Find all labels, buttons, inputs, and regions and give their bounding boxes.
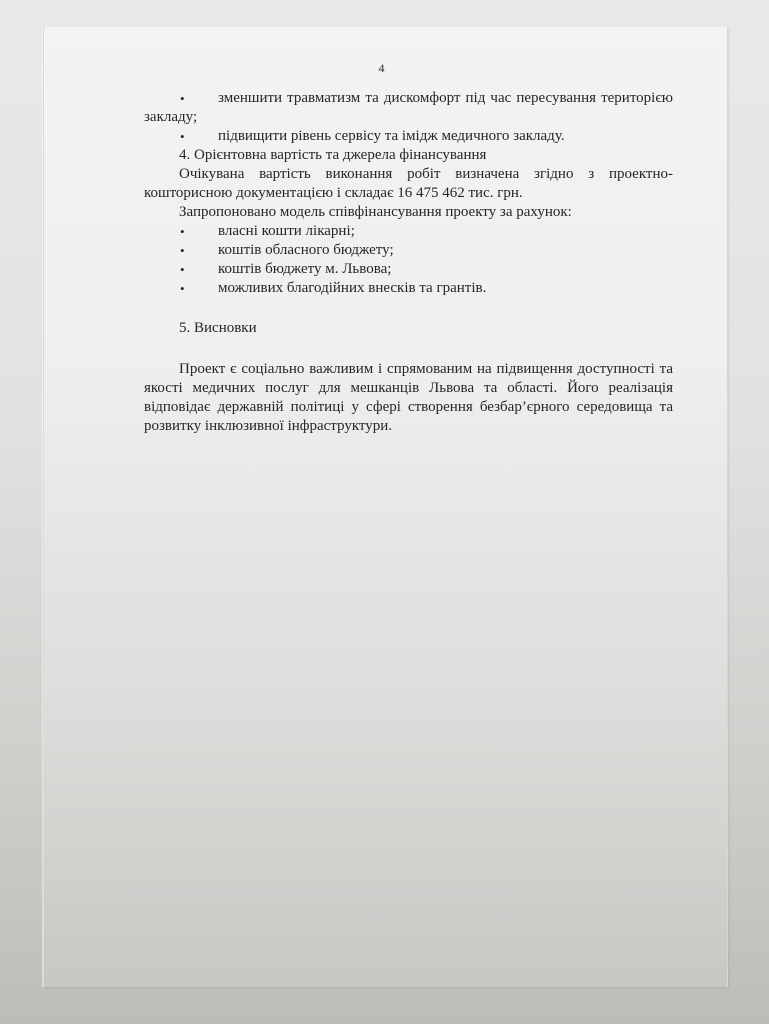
bullet-icon: • <box>180 127 185 146</box>
conclusion-line: відповідає державній політиці у сфері ст… <box>144 398 673 417</box>
list-item: • зменшити травматизм та дискомфорт під … <box>144 89 673 127</box>
document-page: 4 • зменшити травматизм та дискомфорт пі… <box>43 27 728 987</box>
list-item: • коштів бюджету м. Львова; <box>144 260 673 279</box>
section-heading-cost: 4. Орієнтовна вартість та джерела фінанс… <box>144 146 673 165</box>
conclusion-line: Проект є соціально важливим і спрямовани… <box>144 360 673 379</box>
list-item-text: підвищити рівень сервісу та імідж медичн… <box>218 128 565 144</box>
list-item: • підвищити рівень сервісу та імідж меди… <box>144 127 673 146</box>
list-item-text: можливих благодійних внесків та грантів. <box>218 280 486 296</box>
bullet-icon: • <box>180 89 185 108</box>
list-item: • можливих благодійних внесків та гранті… <box>144 279 673 298</box>
list-item-text: коштів обласного бюджету; <box>218 242 394 258</box>
bullet-icon: • <box>180 222 185 241</box>
bullet-icon: • <box>180 260 185 279</box>
list-item-text: зменшити травматизм та дискомфорт під ча… <box>218 89 673 108</box>
funding-intro: Запропоновано модель співфінансування пр… <box>144 203 673 222</box>
cost-paragraph: Очікувана вартість виконання робіт визна… <box>144 165 673 203</box>
bullet-icon: • <box>180 241 185 260</box>
list-item-text: коштів бюджету м. Львова; <box>218 261 391 277</box>
section-heading-conclusions: 5. Висновки <box>144 319 673 338</box>
bullet-icon: • <box>180 279 185 298</box>
cost-paragraph-line: кошторисною документацією і складає 16 4… <box>144 184 673 203</box>
page-number: 4 <box>40 61 723 76</box>
list-item: • власні кошти лікарні; <box>144 222 673 241</box>
conclusion-line: розвитку інклюзивної інфраструктури. <box>144 417 673 436</box>
funding-sources-list: • власні кошти лікарні; • коштів обласно… <box>144 222 673 298</box>
document-body: • зменшити травматизм та дискомфорт під … <box>144 87 673 436</box>
conclusion-paragraph: Проект є соціально важливим і спрямовани… <box>144 360 673 436</box>
list-item-text: власні кошти лікарні; <box>218 223 355 239</box>
cost-paragraph-line: Очікувана вартість виконання робіт визна… <box>144 165 673 184</box>
list-item: • коштів обласного бюджету; <box>144 241 673 260</box>
list-item-continuation: закладу; <box>144 108 673 127</box>
conclusion-line: якості медичних послуг для мешканців Льв… <box>144 379 673 398</box>
